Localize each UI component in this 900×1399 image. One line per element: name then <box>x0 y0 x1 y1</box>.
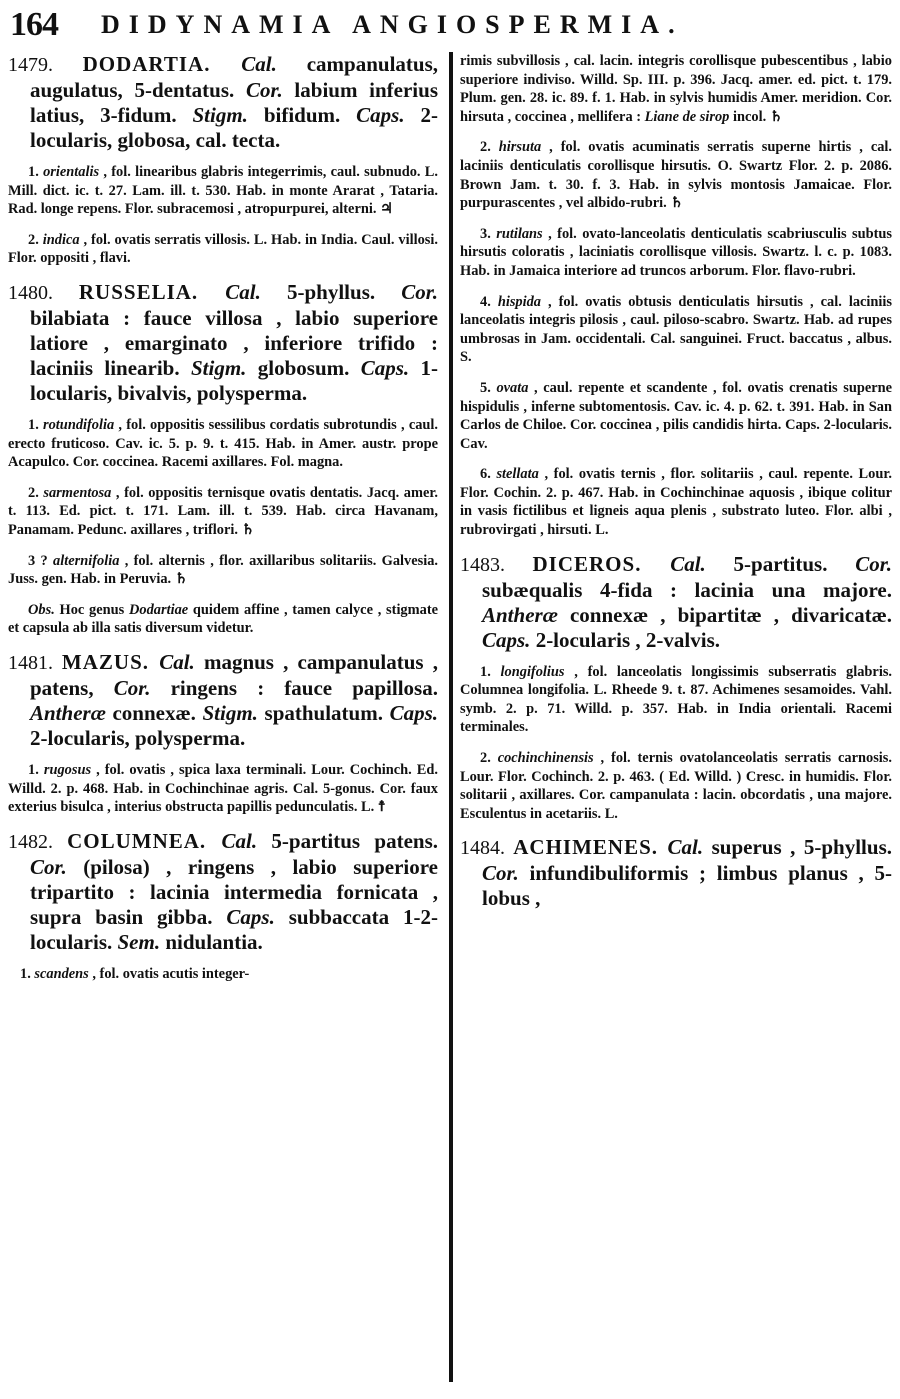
entry-number: 1480. <box>8 282 79 304</box>
entry-number: 1483. <box>460 554 533 576</box>
column-divider-rule <box>449 52 453 1382</box>
genus-entry: 1481. MAZUS. Cal. magnus , campanulatus … <box>8 650 438 751</box>
entry-number: 1481. <box>8 652 62 674</box>
italic-term: hispida <box>498 294 541 310</box>
entry-text: 4. <box>480 294 498 310</box>
entry-text: 5-partitus patens. <box>257 829 438 853</box>
italic-term: Cor. <box>482 861 519 885</box>
species-entry: 3. rutilans , fol. ovato-lanceolatis den… <box>460 225 892 281</box>
genus-entry: 1482. COLUMNEA. Cal. 5-partitus patens. … <box>8 829 438 955</box>
species-entry: 4. hispida , fol. ovatis obtusis denticu… <box>460 293 892 367</box>
italic-term: Stigm. <box>192 103 247 127</box>
entry-text: 2. <box>28 232 43 248</box>
page-number: 164 <box>10 6 58 44</box>
italic-term: Antheræ <box>482 603 558 627</box>
italic-term: Antheræ <box>30 701 106 725</box>
entry-text: 1. <box>28 417 43 433</box>
book-page: 164 DIDYNAMIA ANGIOSPERMIA. 1479. DODART… <box>0 0 900 1399</box>
entry-text: connexæ. <box>106 701 203 725</box>
entry-text: 2. <box>28 485 43 501</box>
entry-text: spathulatum. <box>258 701 390 725</box>
entry-text: 5-partitus. <box>706 552 855 576</box>
entry-number: 1482. <box>8 831 67 853</box>
species-entry: 1. longifolius , fol. lanceolatis longis… <box>460 663 892 737</box>
genus-name: COLUMNEA. <box>67 829 221 853</box>
species-entry: 1. rugosus , fol. ovatis , spica laxa te… <box>8 761 438 817</box>
entry-text: connexæ , bipartitæ , divaricatæ. <box>558 603 892 627</box>
species-entry: 5. ovata , caul. repente et scandente , … <box>460 379 892 453</box>
italic-term: Liane de sirop <box>645 109 730 125</box>
genus-name: RUSSELIA. <box>79 280 225 304</box>
genus-entry: 1479. DODARTIA. Cal. campanulatus, augul… <box>8 52 438 153</box>
species-entry: 1. rotundifolia , fol. oppositis sessili… <box>8 416 438 472</box>
species-entry: 2. hirsuta , fol. ovatis acuminatis serr… <box>460 138 892 212</box>
entry-text: incol. ♄ <box>729 109 782 125</box>
entry-text: , fol. ovatis acutis integer- <box>89 966 250 982</box>
genus-entry: 1483. DICEROS. Cal. 5-partitus. Cor. sub… <box>460 552 892 653</box>
genus-name: ACHIMENES. <box>513 835 667 859</box>
species-entry: 6. stellata , fol. ovatis ternis , flor.… <box>460 465 892 539</box>
italic-term: Cal. <box>221 829 257 853</box>
italic-term: Obs. <box>28 602 55 618</box>
entry-text: 1. <box>28 762 44 778</box>
entry-number: 1484. <box>460 837 513 859</box>
italic-term: Caps. <box>356 103 404 127</box>
italic-term: Cal. <box>241 52 277 76</box>
italic-term: Cal. <box>225 280 261 304</box>
italic-term: Dodartiae <box>129 602 188 618</box>
entry-text: 2-locularis, polysperma. <box>30 726 245 750</box>
italic-term: rotundifolia <box>43 417 114 433</box>
italic-term: Cor. <box>30 855 67 879</box>
species-entry: 1. orientalis , fol. linearibus glabris … <box>8 163 438 219</box>
entry-text: 1. <box>480 664 501 680</box>
genus-name: DODARTIA. <box>83 52 242 76</box>
italic-term: scandens <box>34 966 88 982</box>
entry-text: 6. <box>480 466 496 482</box>
italic-term: Cor. <box>114 676 151 700</box>
entry-text: superus , 5-phyllus. <box>703 835 892 859</box>
italic-term: hirsuta <box>499 139 541 155</box>
genus-name: DICEROS. <box>533 552 671 576</box>
entry-text: globosum. <box>246 356 360 380</box>
entry-text: 3. <box>480 226 496 242</box>
italic-term: Cor. <box>855 552 892 576</box>
italic-term: sarmentosa <box>43 485 111 501</box>
italic-term: ovata <box>496 380 528 396</box>
italic-term: indica <box>43 232 80 248</box>
entry-text: 2-locularis , 2-valvis. <box>530 628 720 652</box>
entry-number: 1479. <box>8 54 83 76</box>
left-column: 1479. DODARTIA. Cal. campanulatus, augul… <box>8 52 438 995</box>
entry-text: 2. <box>480 139 499 155</box>
species-entry-continued: rimis subvillosis , cal. lacin. integris… <box>460 52 892 126</box>
italic-term: Caps. <box>390 701 438 725</box>
italic-term: cochinchinensis <box>498 750 594 766</box>
italic-term: Stigm. <box>202 701 257 725</box>
italic-term: rugosus <box>44 762 91 778</box>
species-entry: 1. scandens , fol. ovatis acutis integer… <box>8 965 438 984</box>
italic-term: Caps. <box>226 905 274 929</box>
italic-term: alternifolia <box>53 553 119 569</box>
italic-term: rutilans <box>496 226 542 242</box>
italic-term: Cor. <box>401 280 438 304</box>
italic-term: Cal. <box>668 835 704 859</box>
entry-text: 5. <box>480 380 496 396</box>
entry-text: 5-phyllus. <box>261 280 401 304</box>
running-head: 164 DIDYNAMIA ANGIOSPERMIA. <box>6 4 886 46</box>
genus-entry: 1484. ACHIMENES. Cal. superus , 5-phyllu… <box>460 835 892 911</box>
entry-text: 3 ? <box>28 553 53 569</box>
genus-name: MAZUS. <box>62 650 159 674</box>
italic-term: orientalis <box>43 164 99 180</box>
italic-term: Sem. <box>118 930 161 954</box>
right-column: rimis subvillosis , cal. lacin. integris… <box>460 52 892 921</box>
italic-term: Cor. <box>246 78 283 102</box>
entry-text: nidulantia. <box>160 930 263 954</box>
italic-term: Cal. <box>670 552 706 576</box>
species-entry: Obs. Hoc genus Dodartiae quidem affine ,… <box>8 601 438 638</box>
species-entry: 3 ? alternifolia , fol. alternis , flor.… <box>8 552 438 589</box>
italic-term: Stigm. <box>191 356 246 380</box>
entry-text: 1. <box>28 164 43 180</box>
italic-term: longifolius <box>501 664 565 680</box>
species-entry: 2. indica , fol. ovatis serratis villosi… <box>8 231 438 268</box>
italic-term: Caps. <box>482 628 530 652</box>
entry-text: bifidum. <box>248 103 356 127</box>
italic-term: stellata <box>496 466 538 482</box>
species-entry: 2. sarmentosa , fol. oppositis ternisque… <box>8 484 438 540</box>
section-title: DIDYNAMIA ANGIOSPERMIA. <box>101 10 684 40</box>
species-entry: 2. cochinchinensis , fol. ternis ovatola… <box>460 749 892 823</box>
entry-text: infundibuliformis ; limbus planus , 5-lo… <box>482 861 892 910</box>
genus-entry: 1480. RUSSELIA. Cal. 5-phyllus. Cor. bil… <box>8 280 438 406</box>
entry-text: 1. <box>20 966 34 982</box>
italic-term: Cal. <box>159 650 195 674</box>
entry-text: 2. <box>480 750 498 766</box>
entry-text: subæqualis 4-fida : lacinia una majore. <box>482 578 892 602</box>
entry-text: ringens : fauce papillosa. <box>150 676 438 700</box>
entry-text: Hoc genus <box>55 602 129 618</box>
italic-term: Caps. <box>361 356 409 380</box>
